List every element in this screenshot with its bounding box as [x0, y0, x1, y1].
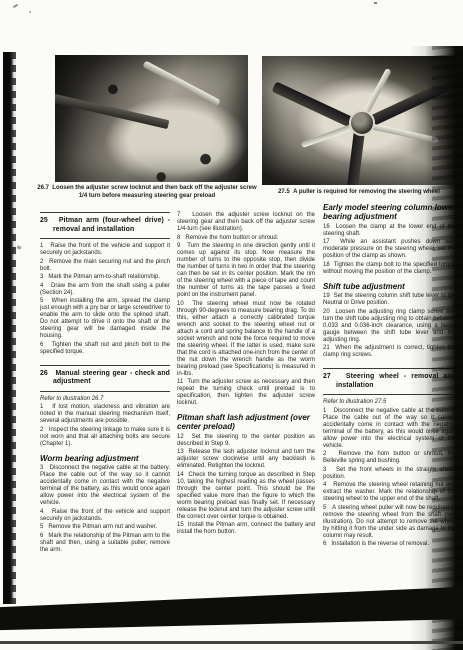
- step-paragraph: 2 Inspect the steering linkage to make s…: [40, 427, 170, 448]
- page-edge-shadow-left: [3, 52, 14, 604]
- page-edge-shadow-right: [409, 46, 463, 650]
- step-paragraph: 9 Turn the steering in one direction gen…: [177, 243, 315, 299]
- step-paragraph: 6 Tighten the shaft nut and pinch bolt t…: [40, 342, 170, 356]
- step-paragraph: 8 Remove the horn button or shroud.: [177, 235, 315, 242]
- next-page-edge-line: [0, 641, 463, 644]
- scanned-manual-page: 26.7 Loosen the adjuster screw locknut a…: [0, 0, 463, 650]
- scan-speck: [29, 11, 31, 13]
- step-paragraph: 3 Disconnect the negative cable at the b…: [40, 465, 170, 507]
- figure-caption-26-7: 26.7 Loosen the adjuster screw locknut a…: [36, 185, 258, 200]
- step-paragraph: 5 When installing the arm, spread the cl…: [40, 298, 170, 340]
- adjuster-screw-shape: [142, 60, 220, 106]
- step-paragraph: 14 Check the turning torque as described…: [177, 472, 315, 521]
- text-column-1: 25 Pitman arm (four-wheel drive) - remov…: [40, 212, 170, 555]
- step-paragraph: 1 If lost motion, slackness and vibratio…: [40, 404, 170, 425]
- step-paragraph: 15 Install the Pitman arm, connect the b…: [177, 522, 315, 536]
- section-25-heading: 25 Pitman arm (four-wheel drive) - remov…: [40, 212, 170, 239]
- step-paragraph: 1 Raise the front of the vehicle and sup…: [40, 243, 170, 257]
- step-paragraph: 3 Mark the Pitman arm-to-shaft relations…: [40, 274, 170, 281]
- step-paragraph: 4 Draw the arm from the shaft using a pu…: [40, 283, 170, 297]
- worm-bearing-adjustment-subheading: Worm bearing adjustment: [40, 454, 170, 463]
- step-paragraph: 13 Release the lash adjuster locknut and…: [177, 449, 315, 470]
- photo-26-7-steering-gear-adjuster: [55, 55, 248, 182]
- step-paragraph: 7 Loosen the adjuster screw locknut on t…: [177, 212, 315, 233]
- scan-speck: [374, 2, 377, 4]
- step-paragraph: 12 Set the steering to the center positi…: [177, 434, 315, 448]
- wrench-shape: [55, 92, 170, 129]
- step-paragraph: 10 The steering wheel must now be rotate…: [177, 301, 315, 378]
- illustration-reference: Refer to illustration 26.7: [40, 396, 170, 403]
- text-column-2: 7 Loosen the adjuster screw locknut on t…: [177, 212, 315, 538]
- step-paragraph: 11 Turn the adjuster screw as necessary …: [177, 379, 315, 407]
- scan-speck: [13, 4, 18, 8]
- page-edge-shadow-bottom: [0, 586, 463, 632]
- step-paragraph: 2 Remove the main securing nut and the p…: [40, 259, 170, 273]
- step-paragraph: 6 Mark the relationship of the Pitman ar…: [40, 533, 170, 554]
- scan-speck: [17, 245, 22, 249]
- step-paragraph: 4 Raise the front of the vehicle and sup…: [40, 509, 170, 523]
- puller-hub-shape: [349, 110, 375, 136]
- step-paragraph: 5 Remove the Pitman arm nut and washer.: [40, 524, 170, 531]
- pitman-shaft-lash-subheading: Pitman shaft lash adjustment (over cente…: [177, 413, 315, 431]
- section-26-heading: 26 Manual steering gear - check and adju…: [40, 365, 170, 392]
